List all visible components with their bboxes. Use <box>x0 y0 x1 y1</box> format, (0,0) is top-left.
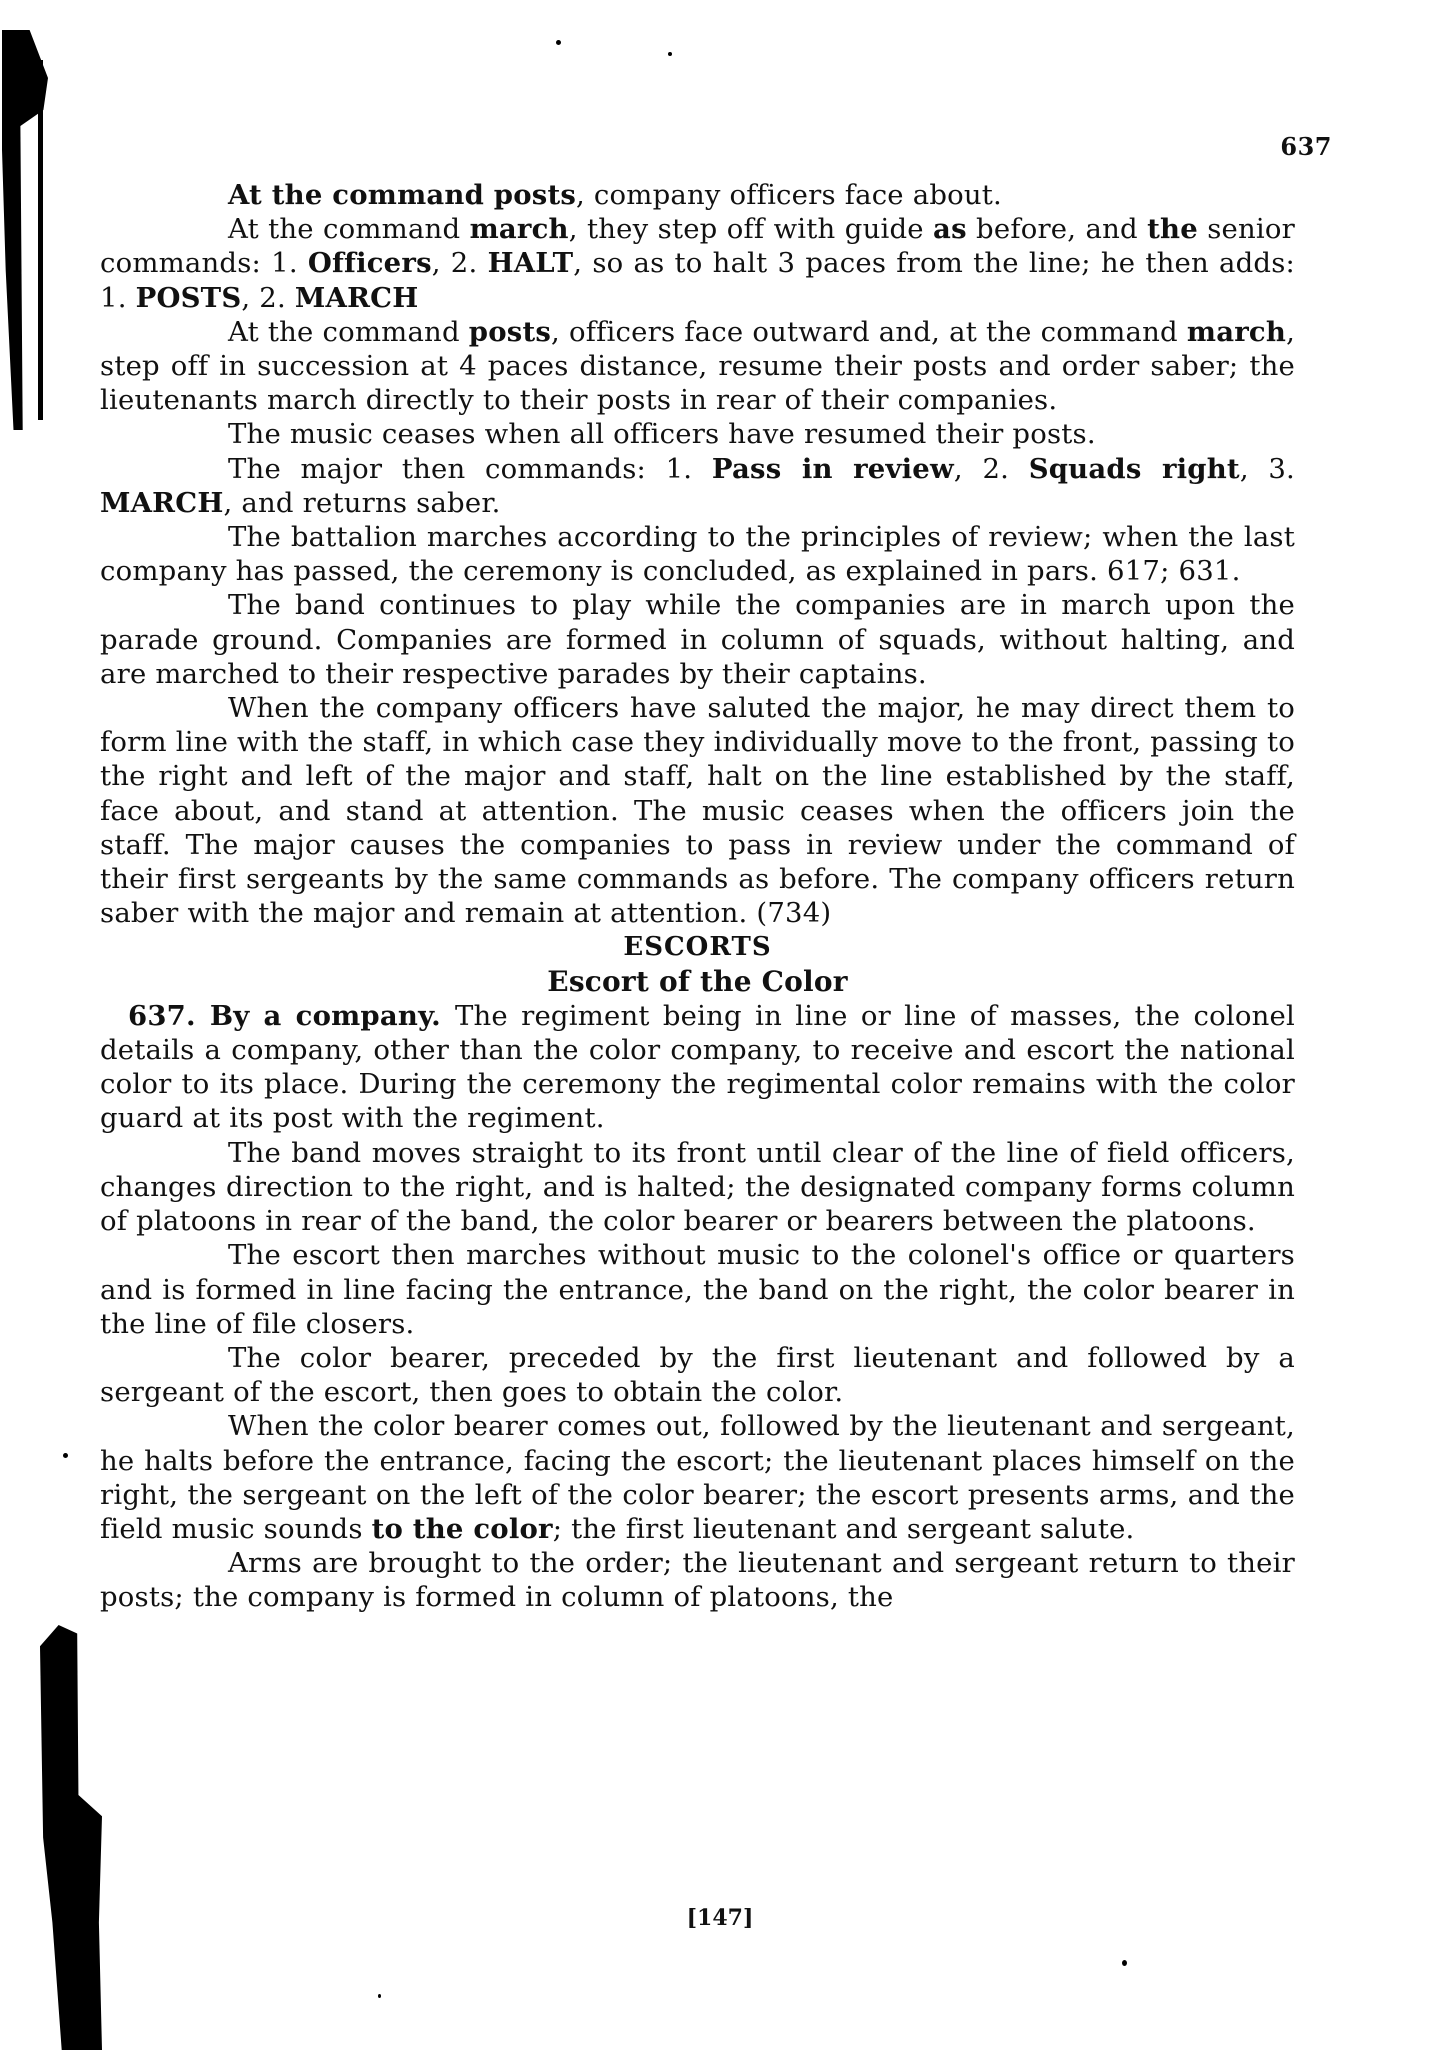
bold-text-run: the <box>1147 213 1198 245</box>
header-page-number: 637 <box>1280 132 1332 161</box>
bold-text-run: march <box>470 213 569 245</box>
text-run: The major then commands: 1. <box>228 453 712 485</box>
bold-text-run: to the color <box>372 1513 553 1545</box>
bold-text-run: Pass in review <box>712 453 954 485</box>
paragraph: At the command posts, officers face outw… <box>100 315 1295 418</box>
paragraph: The escort then marches without music to… <box>100 1238 1295 1341</box>
section-subheading: Escort of the Color <box>100 965 1295 999</box>
text-run: The band moves straight to its front unt… <box>100 1137 1295 1237</box>
bold-text-run: posts <box>494 179 576 211</box>
page-body: At the command posts, company officers f… <box>100 178 1295 1615</box>
scan-speck <box>63 1453 68 1458</box>
paragraph-title: By a company. <box>210 1000 455 1032</box>
bold-text-run: HALT <box>488 247 574 279</box>
bold-text-run: Officers <box>308 247 432 279</box>
text-run: The battalion marches according to the p… <box>100 521 1295 587</box>
footer-page-number: [147] <box>0 1905 1440 1931</box>
bold-text-run: MARCH <box>100 487 224 519</box>
scan-edge-line-top <box>38 60 43 420</box>
text-run: The music ceases when all officers have … <box>228 418 1096 450</box>
text-run: The color bearer, preceded by the first … <box>100 1342 1295 1408</box>
scan-speck <box>556 40 561 45</box>
paragraph: The major then commands: 1. Pass in revi… <box>100 452 1295 520</box>
paragraph: 637. By a company. The regiment being in… <box>100 999 1295 1136</box>
text-run: , officers face outward and, at the comm… <box>551 316 1187 348</box>
text-run: The band continues to play while the com… <box>100 589 1295 689</box>
scan-edge-artifact-bottom <box>40 1625 102 2050</box>
text-run: , company officers face about. <box>576 179 1002 211</box>
paragraph: Arms are brought to the order; the lieut… <box>100 1546 1295 1614</box>
paragraph: When the color bearer comes out, followe… <box>100 1409 1295 1546</box>
paragraph: At the command march, they step off with… <box>100 212 1295 315</box>
bold-text-run: as <box>933 213 967 245</box>
text-run: , 2. <box>241 282 294 314</box>
bold-text-run: posts <box>469 316 551 348</box>
scan-speck <box>668 52 672 56</box>
section-heading: ESCORTS <box>100 930 1295 964</box>
text-run: , 3. <box>1240 453 1295 485</box>
text-run: When the company officers have saluted t… <box>100 692 1295 929</box>
paragraph: The battalion marches according to the p… <box>100 520 1295 588</box>
bold-text-run: POSTS <box>136 282 242 314</box>
bold-text-run: Squads right <box>1029 453 1240 485</box>
text-run: , and returns saber. <box>224 487 501 519</box>
bold-text-run: march <box>1187 316 1286 348</box>
paragraph: The band continues to play while the com… <box>100 588 1295 691</box>
text-run: At the command <box>228 316 469 348</box>
bold-text-run: At the command <box>228 179 494 211</box>
paragraphs-before-heading: At the command posts, company officers f… <box>100 178 1295 930</box>
paragraph-number: 637. <box>128 1000 210 1032</box>
text-run: , 2. <box>954 453 1029 485</box>
text-run: , they step off with guide <box>569 213 933 245</box>
paragraph: At the command posts, company officers f… <box>100 178 1295 212</box>
text-run: The escort then marches without music to… <box>100 1239 1295 1339</box>
text-run: Arms are brought to the order; the lieut… <box>100 1547 1295 1613</box>
paragraphs-after-heading: 637. By a company. The regiment being in… <box>100 999 1295 1615</box>
paragraph: When the company officers have saluted t… <box>100 691 1295 930</box>
text-run: ; the first lieutenant and sergeant salu… <box>553 1513 1135 1545</box>
paragraph: The color bearer, preceded by the first … <box>100 1341 1295 1409</box>
paragraph: The music ceases when all officers have … <box>100 417 1295 451</box>
text-run: , 2. <box>432 247 488 279</box>
scan-speck <box>378 1994 381 1998</box>
text-run: before, and <box>967 213 1147 245</box>
paragraph: The band moves straight to its front unt… <box>100 1136 1295 1239</box>
scan-speck <box>1122 1960 1127 1966</box>
bold-text-run: MARCH <box>295 282 419 314</box>
text-run: At the command <box>228 213 470 245</box>
